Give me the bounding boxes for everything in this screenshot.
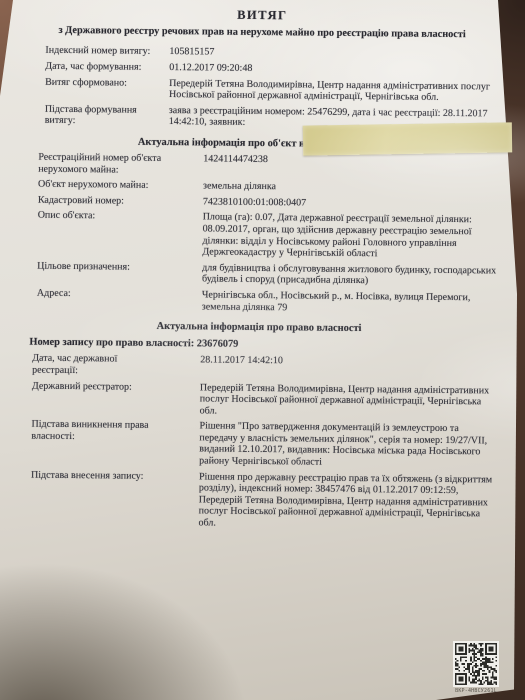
qr-finder-bottom-left	[455, 673, 467, 685]
field-value: Чернігівська обл., Носівський р., м. Нос…	[202, 289, 497, 315]
field-row-registration-number: Реєстраційний номер об'єкта нерухомого м…	[0, 151, 523, 180]
field-label: Підстава внесення запису:	[31, 469, 161, 482]
qr-code	[453, 641, 499, 687]
field-value: 1424114474238	[203, 153, 498, 168]
field-row-cadastral-number: Кадастровий номер: 7423810100:01:008:040…	[0, 194, 523, 211]
field-label: Опис об'єкта:	[38, 210, 168, 223]
field-label: Дата, час державної реєстрації:	[32, 353, 162, 378]
qr-caption: ВКР-4НВСУ261L	[451, 688, 501, 694]
field-label: Цільове призначення:	[37, 260, 167, 273]
field-row-formed-by: Витяг сформовано: Передерій Тетяна Волод…	[0, 76, 524, 105]
field-row-ownership-basis: Підстава виникнення права власності: Ріш…	[0, 419, 521, 471]
field-value: 105815157	[169, 46, 499, 61]
field-row-index-number: Індексний номер витягу: 105815157	[0, 45, 524, 62]
field-value: земельна ділянка	[203, 181, 498, 196]
field-label: Реєстраційний номер об'єкта нерухомого м…	[38, 152, 168, 177]
field-label: Підстава виникнення права власності:	[31, 419, 161, 444]
field-label: Кадастровий номер:	[38, 195, 168, 208]
field-value: Рішення про державну реєстрацію прав та …	[198, 471, 497, 532]
field-label: Витяг сформовано:	[45, 76, 165, 89]
qr-block: ВКР-4НВСУ261L	[451, 641, 501, 694]
field-value: Площа (га): 0.07, Дата державної реєстра…	[202, 212, 497, 261]
field-label: Підстава формування витягу:	[45, 104, 165, 128]
field-row-designated-purpose: Цільове призначення: для будівництва і о…	[0, 260, 522, 289]
field-label: Індексний номер витягу:	[45, 45, 165, 58]
field-row-record-entry-basis: Підстава внесення запису: Рішення про де…	[0, 469, 520, 532]
qr-finder-top-left	[455, 643, 467, 655]
field-row-formation-date: Дата, час формування: 01.12.2017 09:20:4…	[0, 60, 524, 77]
qr-finder-top-right	[485, 643, 497, 655]
field-value: Передерій Тетяна Володимирівна, Центр на…	[169, 78, 499, 105]
field-value: 7423810100:01:008:0407	[203, 196, 498, 211]
field-label: Державний реєстратор:	[32, 380, 162, 393]
section-heading-ownership: Актуальна інформація про право власності	[0, 319, 522, 337]
document-content: ВИТЯГ з Державного реєстру речових прав …	[0, 0, 525, 532]
field-value: 01.12.2017 09:20:48	[169, 62, 499, 77]
sticky-note-redaction	[303, 122, 512, 155]
field-row-state-registration-date: Дата, час державної реєстрації: 28.11.20…	[0, 353, 521, 382]
field-row-state-registrar: Державний реєстратор: Передерій Тетяна В…	[0, 380, 521, 420]
field-value: 28.11.2017 14:42:10	[200, 355, 498, 370]
field-row-property-object: Об'єкт нерухомого майна: земельна ділянк…	[0, 179, 523, 196]
field-label: Об'єкт нерухомого майна:	[38, 179, 168, 192]
page-subtitle: з Державного реєстру речових прав на нер…	[0, 24, 525, 41]
field-label: Адреса:	[37, 288, 167, 301]
field-label: Дата, час формування:	[45, 61, 165, 74]
ownership-record-number: Номер запису про право власності: 236760…	[29, 337, 521, 354]
field-value: Передерій Тетяна Володимирівна, Центр на…	[200, 382, 498, 420]
field-value: для будівництва і обслуговування житлово…	[202, 262, 497, 288]
field-row-address: Адреса: Чернігівська обл., Носівський р.…	[0, 287, 522, 316]
page-title: ВИТЯГ	[0, 5, 525, 25]
field-row-object-description: Опис об'єкта: Площа (га): 0.07, Дата дер…	[0, 210, 523, 262]
field-value: Рішення "Про затвердження документацій і…	[199, 421, 497, 470]
